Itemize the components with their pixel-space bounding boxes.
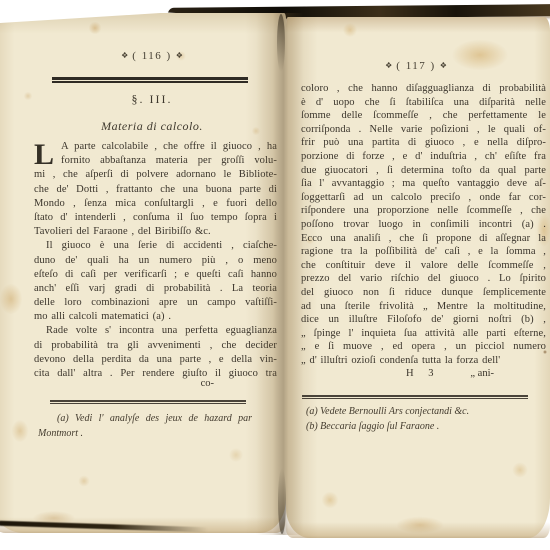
body-line: delle loro combinazioni apre un campo va… — [34, 296, 277, 310]
footnote-line: (a) Vedi l' analyſe des jeux de hazard p… — [38, 412, 252, 427]
body-line: riſpondere una proporzione nelle ſcommeſ… — [301, 204, 546, 218]
page-header: ❖( 117 )❖ — [301, 60, 531, 72]
body-line: devono della perdita da una parte , e de… — [34, 353, 277, 367]
page-header: ❖( 116 )❖ — [52, 50, 252, 62]
body-line: ſtato d' intenderli , conſuma il ſuo tem… — [34, 211, 277, 225]
signature-mark: H 3 — [406, 368, 439, 379]
body-line: mi , che aſperſi di polvere adornano le … — [34, 168, 277, 182]
body-line: ſia l' avvantaggio ; ma queſto vantaggio… — [301, 177, 546, 191]
body-line: del giuoco non ſi riduce dunque ſemplice… — [301, 286, 546, 300]
left-page: ❖( 116 )❖ §. III. Materia di calcolo. L … — [0, 13, 286, 533]
floral-ornament-icon: ❖ — [172, 51, 187, 60]
signature-row: H 3 „ ani- — [301, 368, 546, 382]
gutter-crease — [278, 468, 286, 534]
body-line: „ ſpinge l' inquieta ſua attività alle p… — [301, 327, 546, 341]
section-heading: §. III. — [52, 92, 252, 107]
body-line: fornito abbaſtanza materia per groſſi vo… — [34, 154, 277, 168]
header-rule — [52, 77, 248, 83]
body-line: porzione di forze , e d' induſtria , ch'… — [301, 150, 546, 164]
footnote-rule — [302, 395, 528, 399]
body-line: dice un illuſtre Filoſofo de' giorni noſ… — [301, 313, 546, 327]
body-line: Il giuoco è una ſerie di accidenti , cia… — [34, 239, 277, 253]
body-line: ſoggettarſi ad un calcolo preciſo , onde… — [301, 191, 546, 205]
floral-ornament-icon: ❖ — [117, 51, 132, 60]
footnotes: (a) Vedi l' analyſe des jeux de hazard p… — [38, 412, 252, 441]
body-line: poſſono trovar luogo in conſimili incont… — [301, 218, 546, 232]
gutter-crease — [277, 14, 285, 72]
footnote-line: Montmort . — [38, 427, 252, 442]
section-title: Materia di calcolo. — [52, 119, 252, 134]
body-line: ad una ſterile frivolità „ Mentre la mol… — [301, 300, 546, 314]
body-line: che de' Dotti , frattanto che una buona … — [34, 183, 277, 197]
footnote-rule — [50, 400, 246, 404]
body-line: Mondo , ſenza mica conſultargli , e fuor… — [34, 197, 277, 211]
body-line: Rade volte s' incontra una perfetta egua… — [34, 324, 277, 338]
body-line: „ d' illuſtri ozioſi condenſa tutta la f… — [301, 354, 546, 368]
body-line: mo alli calcoli matematici (a) . — [34, 310, 277, 324]
footnote-line: (a) Vedete Bernoulli Ars conjectandi &c. — [306, 405, 546, 420]
page-number: ( 117 ) — [396, 60, 435, 72]
body-line: che conſtituir deve il valore delle ſcom… — [301, 259, 546, 273]
body-line: due giuocatori , ſi determina toſto da q… — [301, 164, 546, 178]
book-photo: ❖( 116 )❖ §. III. Materia di calcolo. L … — [0, 0, 550, 550]
body-line: Ecco una analiſi , che ſi propone di aſſ… — [301, 232, 546, 246]
right-page: ❖( 117 )❖ coloro , che hanno diſagguagli… — [286, 17, 550, 538]
page-number: ( 116 ) — [132, 50, 171, 62]
catchword: co- — [34, 378, 214, 389]
floral-ornament-icon: ❖ — [381, 61, 396, 70]
body-text: coloro , che hanno diſagguaglianza di pr… — [301, 82, 546, 367]
body-line: di probabilità tra gli avvenimenti , che… — [34, 339, 277, 353]
body-line: A parte calcolabile , che offre il giuoc… — [34, 140, 277, 154]
floral-ornament-icon: ❖ — [436, 61, 451, 70]
body-text: A parte calcolabile , che offre il giuoc… — [34, 140, 277, 381]
body-line: eſteſo di caſi per verificarſi ; e queſt… — [34, 268, 277, 282]
body-line: prezzo del vario riſchio del giuoco . Lo… — [301, 272, 546, 286]
footnotes: (a) Vedete Bernoulli Ars conjectandi &c.… — [306, 405, 546, 434]
body-line: ſomme delle ſcommeſſe , che perfettament… — [301, 109, 546, 123]
body-line: ragione tra la poſſibilità de' caſi , e … — [301, 245, 546, 259]
body-line: anch' eſſi varj gradi di probabilità . L… — [34, 282, 277, 296]
body-line: coloro , che hanno diſagguaglianza di pr… — [301, 82, 546, 96]
body-line: corriſponda . Nelle varie poſizioni , le… — [301, 123, 546, 137]
body-line: frir può una partita di giuoco , e nella… — [301, 136, 546, 150]
catchword: „ ani- — [470, 368, 494, 379]
body-line: è d' uopo che ſi ſtabiliſca una diſparit… — [301, 96, 546, 110]
body-line: duno de' quali ha un numero più , o meno — [34, 254, 277, 268]
footnote-line: (b) Beccaria ſaggio ſul Faraone . — [306, 420, 546, 435]
body-line: „ e ſi muove , ed opera , un picciol num… — [301, 340, 546, 354]
body-line: Tavolieri del Faraone , del Biribiſſo &c… — [34, 225, 277, 239]
